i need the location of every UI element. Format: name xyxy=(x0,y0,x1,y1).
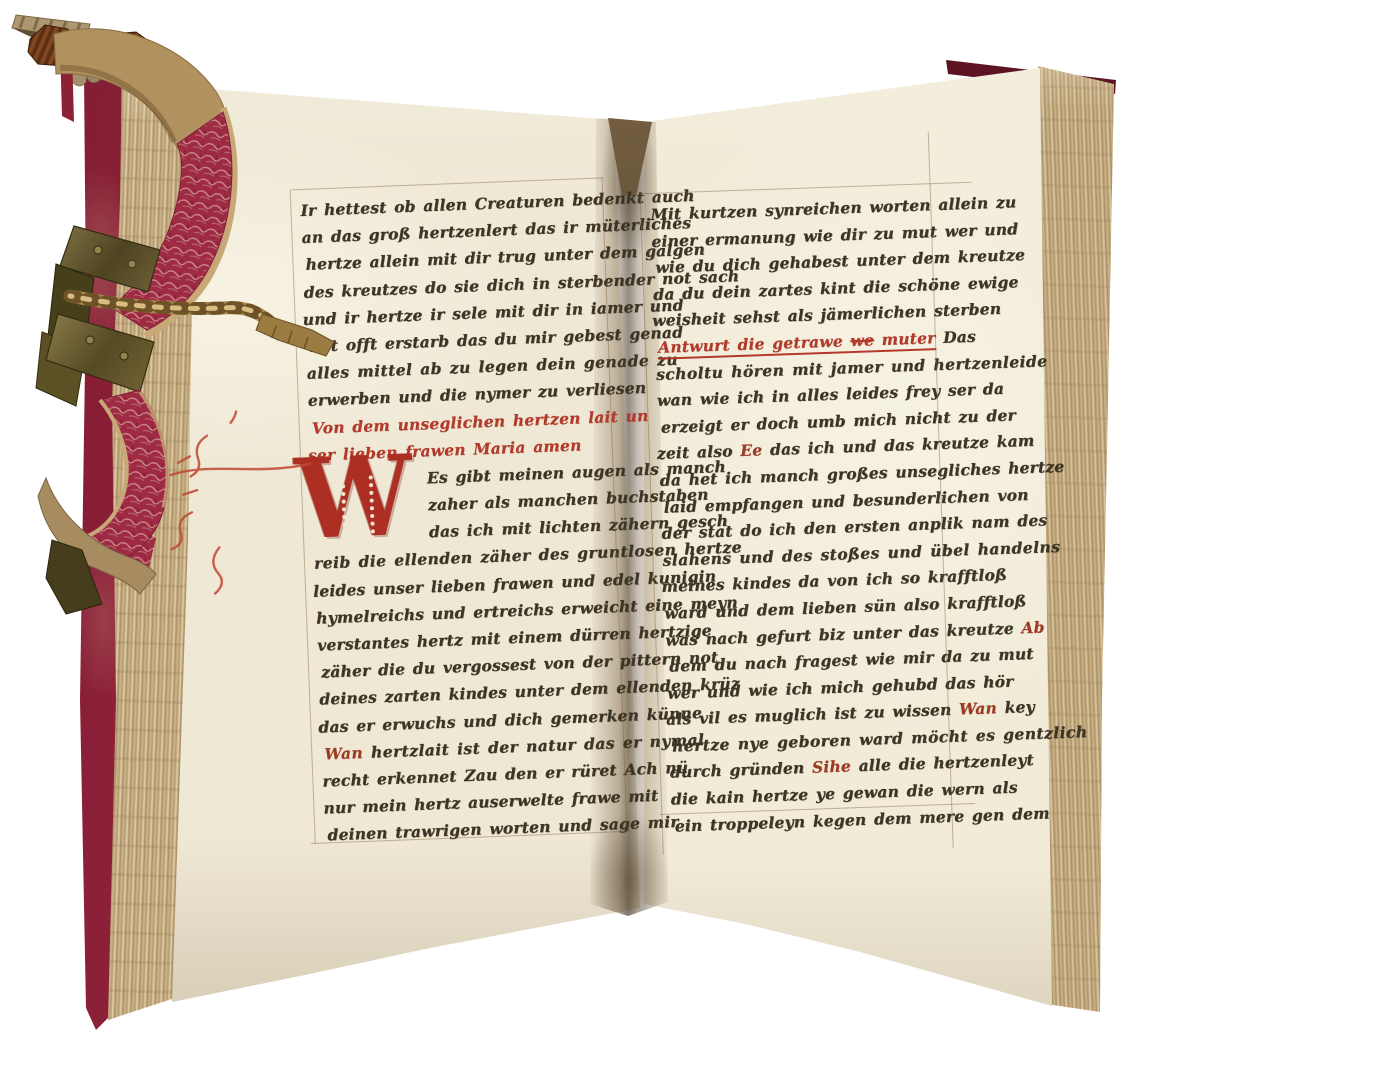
right-text-lines: Mit kurtzen synreichen worten allein zue… xyxy=(650,192,964,840)
binding-hardware xyxy=(0,0,360,640)
right-page-text-column: Mit kurtzen synreichen worten allein zue… xyxy=(650,192,964,840)
upper-strap-red-face xyxy=(111,112,232,330)
clasp-rivet xyxy=(120,352,128,360)
clasp-rivet xyxy=(128,260,136,268)
clasp-rivet xyxy=(94,246,102,254)
photo-canvas: Ir hettest ob allen Creaturen bedenkt au… xyxy=(0,0,1400,1072)
cord-tail xyxy=(256,314,334,356)
clasp-rivet xyxy=(86,336,94,344)
